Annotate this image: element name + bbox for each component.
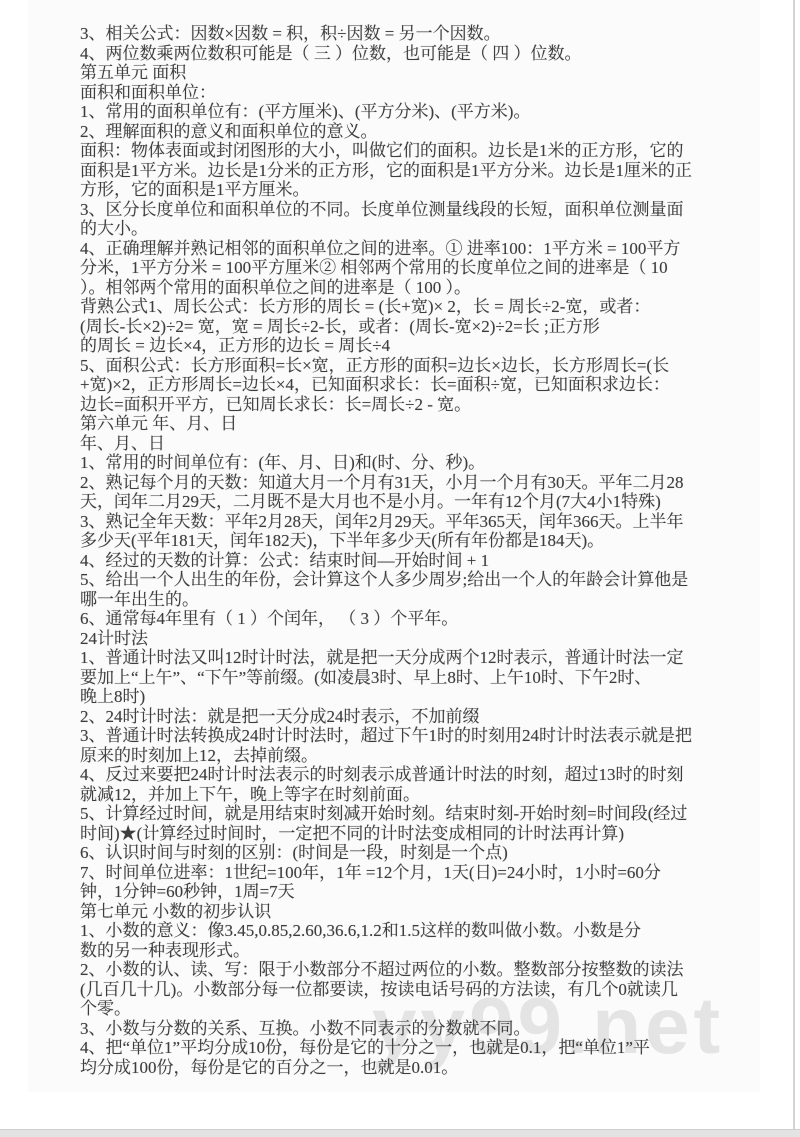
text-line: +宽)×2，正方形周长=边长×4，已知面积求长：长=面积÷宽，已知面积求边长： [80, 375, 740, 395]
text-line: 5、给出一个人出生的年份，会计算这个人多少周岁;给出一个人的年龄会计算他是 [80, 570, 740, 590]
text-line: ）。相邻两个常用的面积单位之间的进率是（ 100 ）。 [80, 278, 740, 298]
text-line: 原来的时刻加上12，去掉前缀。 [80, 746, 740, 766]
document-page: yy99.net 3、相关公式：因数×因数 = 积，积÷因数 = 另一个因数。4… [0, 0, 800, 1137]
text-line: 哪一年出生的。 [80, 590, 740, 610]
text-line: 4、正确理解并熟记相邻的面积单位之间的进率。① 进率100：1平方米 = 100… [80, 239, 740, 259]
text-line: 4、反过来要把24时计时法表示的时刻表示成普通计时法的时刻，超过13时的时刻 [80, 765, 740, 785]
document-text: 3、相关公式：因数×因数 = 积，积÷因数 = 另一个因数。4、两位数乘两位数积… [80, 24, 740, 1077]
text-line: 多少天(平年181天，闰年182天)，下半年多少天(所有年份都是184天)。 [80, 531, 740, 551]
text-line: 2、理解面积的意义和面积单位的意义。 [80, 122, 740, 142]
text-line: 第七单元 小数的初步认识 [80, 902, 740, 922]
text-line: 背熟公式1、周长公式：长方形的周长 = (长+宽)× 2，长 = 周长÷2-宽，… [80, 297, 740, 317]
text-line: 2、熟记每个月的天数：知道大月一个月有31天，小月一个月有30天。平年二月28 [80, 473, 740, 493]
text-line: 1、小数的意义：像3.45,0.85,2.60,36.6,1.2和1.5这样的数… [80, 921, 740, 941]
text-line: 年、月、日 [80, 434, 740, 454]
text-line: 1、常用的时间单位有：(年、月、日)和(时、分、秒)。 [80, 453, 740, 473]
text-line: 第五单元 面积 [80, 63, 740, 83]
text-line: 3、小数与分数的关系、互换。小数不同表示的分数就不同。 [80, 1019, 740, 1039]
text-line: (几百几十几)。小数部分每一位都要读，按读电话号码的方法读，有几个0就读几 [80, 980, 740, 1000]
text-line: 5、面积公式：长方形面积=长×宽，正方形的面积=边长×边长，长方形周长=(长 [80, 356, 740, 376]
text-line: 3、普通计时法转换成24时计时法时，超过下午1时的时刻用24时计时法表示就是把 [80, 726, 740, 746]
text-line: 1、普通计时法又叫12时计时法，就是把一天分成两个12时表示，普通计时法一定 [80, 648, 740, 668]
text-line: 5、计算经过时间，就是用结束时刻减开始时刻。结束时刻-开始时刻=时间段(经过 [80, 804, 740, 824]
text-line: 4、把“单位1”平均分成10份，每份是它的十分之一，也就是0.1，把“单位1”平 [80, 1038, 740, 1058]
text-line: 24计时法 [80, 629, 740, 649]
text-line: 数的另一种表现形式。 [80, 941, 740, 961]
text-line: 面积和面积单位： [80, 83, 740, 103]
text-line: 4、两位数乘两位数积可能是（ 三 ）位数，也可能是（ 四 ）位数。 [80, 44, 740, 64]
text-line: 均分成100份，每份是它的百分之一，也就是0.01。 [80, 1058, 740, 1078]
text-line: 2、24时计时法：就是把一天分成24时表示，不加前缀 [80, 707, 740, 727]
text-line: 分米，1平方分米 = 100平方厘米② 相邻两个常用的长度单位之间的进率是（ 1… [80, 258, 740, 278]
text-line: 1、常用的面积单位有：(平方厘米)、(平方分米)、(平方米)。 [80, 102, 740, 122]
text-line: 方形，它的面积是1平方厘米。 [80, 180, 740, 200]
text-line: 7、时间单位进率：1世纪=100年，1年 =12个月，1天(日)=24小时，1小… [80, 863, 740, 883]
text-line: 就减12，并加上下午，晚上等字在时刻前面。 [80, 785, 740, 805]
text-line: 的周长 = 边长×4，正方形的边长 = 周长÷4 [80, 336, 740, 356]
text-line: 第六单元 年、月、日 [80, 414, 740, 434]
text-line: 钟，1分钟=60秒钟，1周=7天 [80, 882, 740, 902]
bottom-edge-bar [0, 1129, 800, 1137]
text-line: (周长-长×2)÷2= 宽，宽 = 周长÷2-长，或者：(周长-宽×2)÷2=长… [80, 317, 740, 337]
text-line: 3、相关公式：因数×因数 = 积，积÷因数 = 另一个因数。 [80, 24, 740, 44]
text-line: 6、认识时间与时刻的区别：(时间是一段，时刻是一个点) [80, 843, 740, 863]
text-line: 的大小。 [80, 219, 740, 239]
text-line: 时间)★(计算经过时间时，一定把不同的计时法变成相同的计时法再计算) [80, 824, 740, 844]
text-line: 个零。 [80, 999, 740, 1019]
text-line: 4、经过的天数的计算：公式：结束时间—开始时间 + 1 [80, 551, 740, 571]
text-line: 要加上“上午”、“下午”等前缀。(如凌晨3时、早上8时、上午10时、下午2时、 [80, 668, 740, 688]
text-line: 3、区分长度单位和面积单位的不同。长度单位测量线段的长短，面积单位测量面 [80, 200, 740, 220]
text-line: 天，闰年二月29天，二月既不是大月也不是小月。一年有12个月(7大4小1特殊) [80, 492, 740, 512]
text-line: 面积是1平方米。边长是1分米的正方形，它的面积是1平方分米。边长是1厘米的正 [80, 161, 740, 181]
text-line: 2、小数的认、读、写：限于小数部分不超过两位的小数。整数部分按整数的读法 [80, 960, 740, 980]
text-line: 3、熟记全年天数：平年2月28天，闰年2月29天。平年365天，闰年366天。上… [80, 512, 740, 532]
text-line: 6、通常每4年里有（ 1 ）个闰年， （ 3 ）个平年。 [80, 609, 740, 629]
page-right-edge [793, 0, 795, 1130]
text-line: 边长=面积开平方，已知周长求长：长=周长÷2 - 宽。 [80, 395, 740, 415]
text-line: 面积：物体表面或封闭图形的大小，叫做它们的面积。边长是1米的正方形，它的 [80, 141, 740, 161]
text-line: 晚上8时) [80, 687, 740, 707]
